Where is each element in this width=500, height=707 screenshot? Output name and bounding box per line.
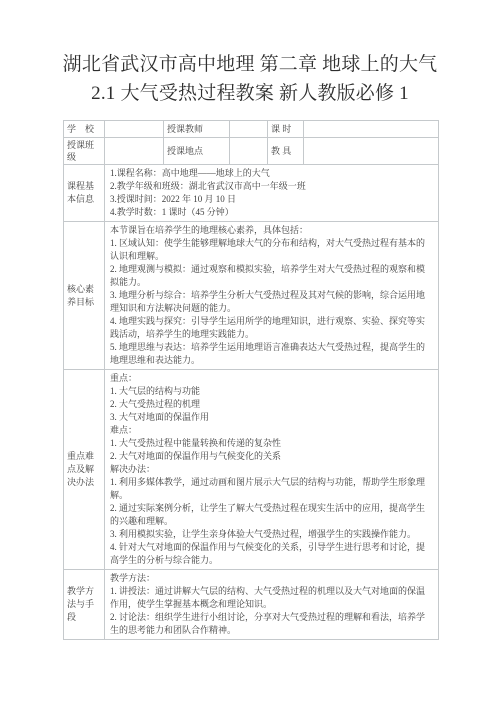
section-line: 本节课旨在培养学生的地理核心素养，具体包括：: [110, 224, 433, 237]
section-row: 教学方法与手段教学方法：1. 讲授法：通过讲解大气层的结构、大气受热过程的机理以…: [64, 570, 439, 640]
section-body-cell: 本节课旨在培养学生的地理核心素养，具体包括：1. 区域认知：使学生能够理解地球大…: [105, 222, 439, 370]
page-title: 湖北省武汉市高中地理 第二章 地球上的大气 2.1 大气受热过程教案 新人教版必…: [61, 50, 439, 108]
section-line: 2.教学年级和班级：湖北省武汉市高中一年级一班: [110, 180, 433, 193]
info-value-cell: [230, 121, 268, 138]
lesson-plan-table: 学 校授课教师课 时授课班级授课地点教 具课程基本信息1.课程名称：高中地理——…: [63, 120, 439, 640]
info-label-cell: 教 具: [268, 138, 304, 165]
section-line: 2. 通过实际案例分析，让学生了解大气受热过程在现实生活中的应用，提高学生的兴趣…: [110, 502, 433, 528]
section-line: 3.授课时间：2022 年 10 月 10 日: [110, 193, 433, 206]
section-label-cell: 重点难点及解决办法: [64, 370, 105, 570]
info-label-cell: 授课教师: [164, 121, 230, 138]
section-row: 课程基本信息1.课程名称：高中地理——地球上的大气2.教学年级和班级：湖北省武汉…: [64, 165, 439, 222]
section-line: 1. 利用多媒体教学，通过动画和图片展示大气层的结构与功能，帮助学生形象理解。: [110, 476, 433, 502]
section-line: 教学方法：: [110, 572, 433, 585]
section-label-cell: 课程基本信息: [64, 165, 105, 222]
section-line: 3. 利用模拟实验，让学生亲身体验大气受热过程，增强学生的实践操作能力。: [110, 528, 433, 541]
section-line: 2. 大气对地面的保温作用与气候变化的关系: [110, 450, 433, 463]
info-label-cell: 授课班级: [64, 138, 105, 165]
section-line: 4.教学时数：1 课时（45 分钟）: [110, 206, 433, 219]
info-row-2: 授课班级授课地点教 具: [64, 138, 439, 165]
section-line: 解决办法：: [110, 463, 433, 476]
section-row: 核心素养目标本节课旨在培养学生的地理核心素养，具体包括：1. 区域认知：使学生能…: [64, 222, 439, 370]
section-line: 4. 地理实践与探究：引导学生运用所学的地理知识，进行观察、实验、探究等实践活动…: [110, 315, 433, 341]
section-body-cell: 教学方法：1. 讲授法：通过讲解大气层的结构、大气受热过程的机理以及大气对地面的…: [105, 570, 439, 640]
info-label-cell: 授课地点: [164, 138, 230, 165]
info-value-cell: [304, 138, 439, 165]
section-line: 3. 大气对地面的保温作用: [110, 411, 433, 424]
section-line: 1. 大气受热过程中能量转换和传递的复杂性: [110, 437, 433, 450]
section-line: 5. 地理思维与表达：培养学生运用地理语言准确表达大气受热过程，提高学生的地理思…: [110, 341, 433, 367]
section-line: 2. 大气受热过程的机理: [110, 398, 433, 411]
section-line: 2. 地理观测与模拟：通过观察和模拟实验，培养学生对大气受热过程的观察和模拟能力…: [110, 263, 433, 289]
info-value-cell: [105, 121, 164, 138]
section-label-cell: 核心素养目标: [64, 222, 105, 370]
section-line: 1. 大气层的结构与功能: [110, 385, 433, 398]
info-value-cell: [105, 138, 164, 165]
section-line: 难点：: [110, 424, 433, 437]
section-line: 1.课程名称：高中地理——地球上的大气: [110, 167, 433, 180]
section-line: 3. 地理分析与综合：培养学生分析大气受热过程及其对气候的影响，综合运用地理知识…: [110, 289, 433, 315]
info-label-cell: 课 时: [268, 121, 304, 138]
section-line: 4. 针对大气对地面的保温作用与气候变化的关系，引导学生进行思考和讨论，提高学生…: [110, 541, 433, 567]
section-body-cell: 重点：1. 大气层的结构与功能2. 大气受热过程的机理3. 大气对地面的保温作用…: [105, 370, 439, 570]
section-label-cell: 教学方法与手段: [64, 570, 105, 640]
lesson-plan-table-body: 学 校授课教师课 时授课班级授课地点教 具课程基本信息1.课程名称：高中地理——…: [64, 121, 439, 640]
section-line: 1. 区域认知：使学生能够理解地球大气的分布和结构，对大气受热过程有基本的认识和…: [110, 237, 433, 263]
info-value-cell: [230, 138, 268, 165]
section-line: 重点：: [110, 372, 433, 385]
info-row-1: 学 校授课教师课 时: [64, 121, 439, 138]
section-row: 重点难点及解决办法重点：1. 大气层的结构与功能2. 大气受热过程的机理3. 大…: [64, 370, 439, 570]
section-body-cell: 1.课程名称：高中地理——地球上的大气2.教学年级和班级：湖北省武汉市高中一年级…: [105, 165, 439, 222]
section-line: 2. 讨论法：组织学生进行小组讨论，分享对大气受热过程的理解和看法，培养学生的思…: [110, 611, 433, 637]
info-label-cell: 学 校: [64, 121, 105, 138]
info-value-cell: [304, 121, 439, 138]
section-line: 1. 讲授法：通过讲解大气层的结构、大气受热过程的机理以及大气对地面的保温作用，…: [110, 585, 433, 611]
